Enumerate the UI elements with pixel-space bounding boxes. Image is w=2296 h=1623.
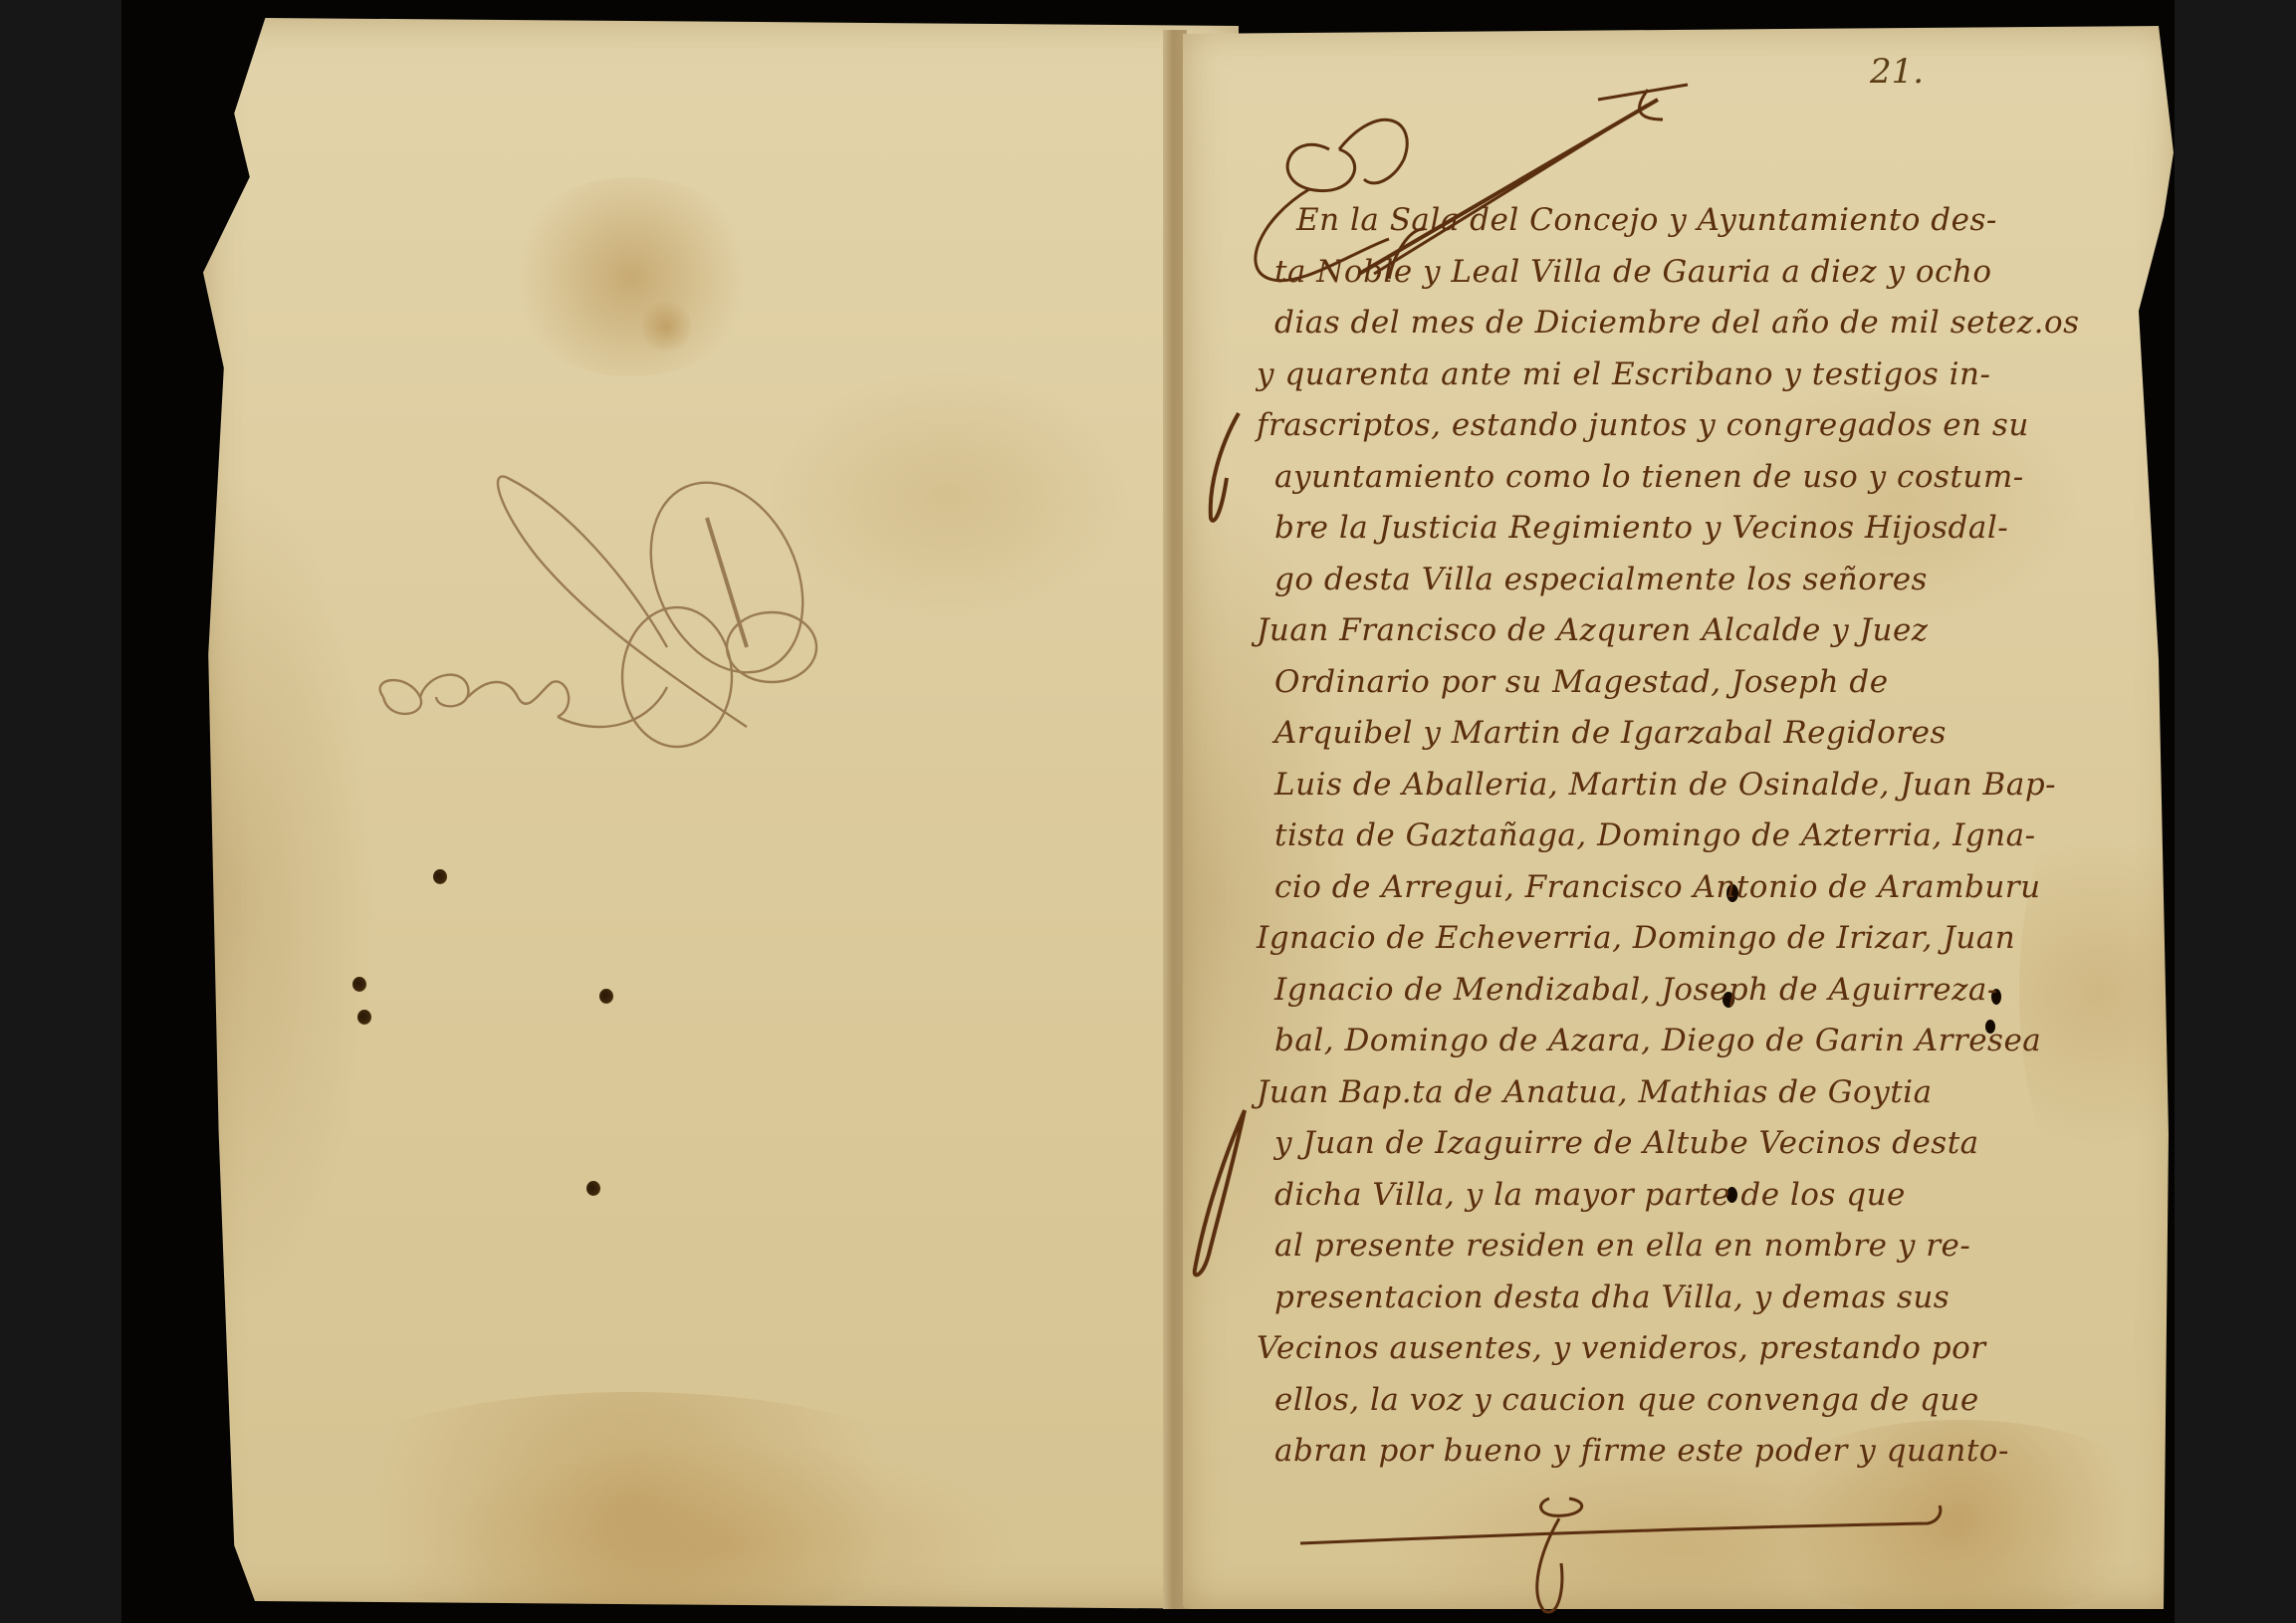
viewer-left-margin — [0, 0, 121, 1623]
margin-flourish — [1199, 408, 1259, 528]
wormhole — [357, 1010, 371, 1025]
manuscript-line: go desta Villa especialmente los señores — [1257, 555, 1983, 606]
manuscript-line: Vecinos ausentes, y venideros, prestando… — [1257, 1323, 1983, 1375]
manuscript-line: tista de Gaztañaga, Domingo de Azterria,… — [1257, 811, 1983, 862]
manuscript-line: bre la Justicia Regimiento y Vecinos Hij… — [1257, 503, 1983, 555]
manuscript-line: ta Noble y Leal Villa de Gauria a diez y… — [1257, 247, 1983, 299]
manuscript-line: Luis de Aballeria, Martin de Osinalde, J… — [1257, 760, 1983, 811]
folio-number: 21. — [1870, 52, 1924, 92]
manuscript-line: al presente residen en ella en nombre y … — [1257, 1221, 1983, 1273]
manuscript-text-block: En la Sala del Concejo y Ayuntamiento de… — [1257, 195, 1983, 1478]
manuscript-line: Ignacio de Mendizabal, Joseph de Aguirre… — [1257, 965, 1983, 1017]
wormhole — [586, 1181, 600, 1196]
manuscript-line: En la Sala del Concejo y Ayuntamiento de… — [1257, 195, 1983, 247]
margin-flourish — [1185, 1105, 1264, 1284]
water-stain — [641, 297, 691, 356]
manuscript-line: dicha Villa, y la mayor parte de los que — [1257, 1170, 1983, 1222]
water-stain — [2019, 783, 2175, 1201]
manuscript-line: Ignacio de Echeverria, Domingo de Irizar… — [1257, 913, 1983, 965]
viewer-right-margin — [2175, 0, 2296, 1623]
manuscript-line: bal, Domingo de Azara, Diego de Garin Ar… — [1257, 1016, 1983, 1067]
manuscript-line: ellos, la voz y caucion que convenga de … — [1257, 1375, 1983, 1427]
manuscript-line: presentacion desta dha Villa, y demas su… — [1257, 1273, 1983, 1324]
water-stain — [502, 177, 761, 376]
manuscript-line: abran por bueno y firme este poder y qua… — [1257, 1426, 1983, 1478]
manuscript-line: Juan Francisco de Azquren Alcalde y Juez — [1257, 605, 1983, 657]
closing-rule — [1290, 1494, 1948, 1623]
manuscript-line: y Juan de Izaguirre de Altube Vecinos de… — [1257, 1118, 1983, 1170]
manuscript-line: ayuntamiento como lo tienen de uso y cos… — [1257, 452, 1983, 504]
wormhole — [352, 977, 366, 992]
left-page — [203, 18, 1239, 1609]
wormhole — [599, 989, 613, 1004]
manuscript-line: frascriptos, estando juntos y congregado… — [1257, 400, 1983, 452]
manuscript-line: Juan Bap.ta de Anatua, Mathias de Goytia — [1257, 1067, 1983, 1119]
manuscript-line: dias del mes de Diciembre del año de mil… — [1257, 298, 1983, 349]
bleed-through-signature — [368, 448, 846, 757]
manuscript-line: y quarenta ante mi el Escribano y testig… — [1257, 349, 1983, 401]
manuscript-line: Ordinario por su Magestad, Joseph de — [1257, 657, 1983, 709]
water-stain — [283, 1392, 980, 1621]
wormhole — [433, 869, 447, 884]
manuscript-line: Arquibel y Martin de Igarzabal Regidores — [1257, 708, 1983, 760]
manuscript-line: cio de Arregui, Francisco Antonio de Ara… — [1257, 862, 1983, 914]
